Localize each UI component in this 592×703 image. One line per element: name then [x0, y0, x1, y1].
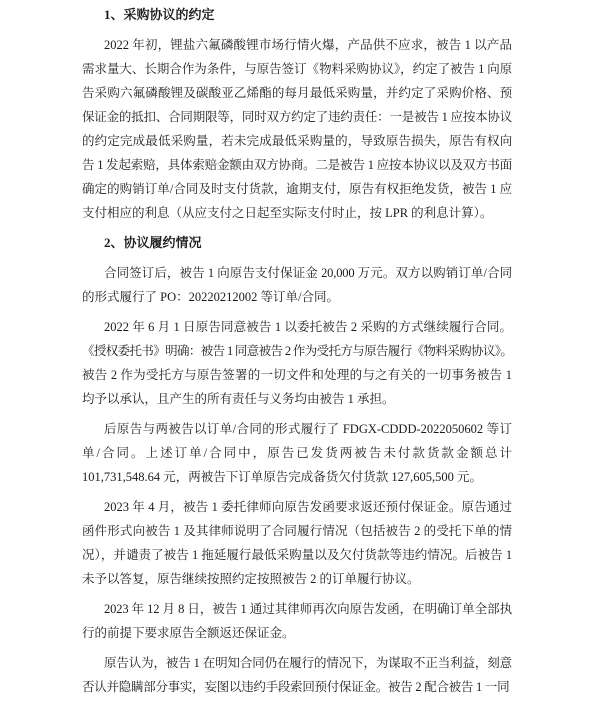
- paragraph-line: 确定的购销订单/合同及时支付货款，逾期支付，原告有权拒绝发货，被告 1 应: [82, 177, 512, 201]
- heading-text: 1、采购协议的约定: [82, 3, 512, 27]
- paragraph-line: 函件形式向被告 1 及其律师说明了合同履行情况（包括被告 2 的受托下单的情: [82, 519, 512, 543]
- paragraph-line: 均予以承认，且产生的所有责任与义务均由被告 1 承担。: [82, 387, 512, 411]
- paragraph-line: 合同签订后，被告 1 向原告支付保证金 20,000 万元。双方以购销订单/合同: [82, 261, 512, 285]
- section-heading: 2、协议履约情况: [82, 231, 512, 255]
- paragraph-line: 原告认为，被告 1 在明知合同仍在履行的情况下，为谋取不正当利益，刻意: [82, 651, 512, 675]
- paragraph-line: 2022 年 6 月 1 日原告同意被告 1 以委托被告 2 采购的方式继续履行…: [82, 315, 512, 339]
- section-heading: 1、采购协议的约定: [82, 3, 512, 27]
- paragraph-line: 行的前提下要求原告全额返还保证金。: [82, 621, 512, 645]
- paragraph-line: 被告 2 作为受托方与原告签署的一切文件和处理的与之有关的一切事务被告 1: [82, 363, 512, 387]
- paragraph-line: 101,731,548.64 元，两被告下订单原告完成备货欠付货款 127,60…: [82, 465, 512, 489]
- paragraph-line: 的约定完成最低采购量，若未完成最低采购量的，导致原告损失，原告有权向被: [82, 129, 512, 153]
- paragraph-line: 告 1 发起索赔，具体索赔金额由双方协商。二是被告 1 应按本协议以及双方书面: [82, 153, 512, 177]
- paragraph-line: 否认并隐瞒部分事实，妄图以违约手段索回预付保证金。被告 2 配合被告 1 一同: [82, 675, 512, 699]
- paragraph-line: 2023 年 4 月，被告 1 委托律师向原告发函要求返还预付保证金。原告通过: [82, 495, 512, 519]
- paragraph-line: 保证金的抵扣、合同期限等，同时双方约定了违约责任：一是被告 1 应按本协议: [82, 105, 512, 129]
- paragraph: 2022 年初，锂盐六氟磷酸锂市场行情火爆，产品供不应求，被告 1 以产品需求量…: [82, 33, 512, 225]
- paragraph: 合同签订后，被告 1 向原告支付保证金 20,000 万元。双方以购销订单/合同…: [82, 261, 512, 309]
- paragraph-line: 需求量大、长期合作为条件，与原告签订《物料采购协议》，约定了被告 1 向原: [82, 57, 512, 81]
- paragraph-line: 未予以答复，原告继续按照约定按照被告 2 的订单履行协议。: [82, 567, 512, 591]
- document-page: 1、采购协议的约定2022 年初，锂盐六氟磷酸锂市场行情火爆，产品供不应求，被告…: [0, 0, 592, 703]
- paragraph-line: 的形式履行了 PO：20220212002 等订单/合同。: [82, 285, 512, 309]
- paragraph: 2023 年 4 月，被告 1 委托律师向原告发函要求返还预付保证金。原告通过函…: [82, 495, 512, 591]
- paragraph-line: 单/合同。上述订单/合同中，原告已发货两被告未付款货款金额总计: [82, 441, 512, 465]
- heading-text: 2、协议履约情况: [82, 231, 512, 255]
- paragraph-line: 告采购六氟磷酸锂及碳酸亚乙烯酯的每月最低采购量，并约定了采购价格、预付: [82, 81, 512, 105]
- paragraph: 2023 年 12 月 8 日，被告 1 通过其律师再次向原告发函，在明确订单全…: [82, 597, 512, 645]
- paragraph-line: 后原告与两被告以订单/合同的形式履行了 FDGX-CDDD-2022050602…: [82, 417, 512, 441]
- document-body: 1、采购协议的约定2022 年初，锂盐六氟磷酸锂市场行情火爆，产品供不应求，被告…: [82, 3, 512, 703]
- paragraph: 原告认为，被告 1 在明知合同仍在履行的情况下，为谋取不正当利益，刻意否认并隐瞒…: [82, 651, 512, 699]
- paragraph-line: 况），并谴责了被告 1 拖延履行最低采购量以及欠付货款等违约情况。后被告 1: [82, 543, 512, 567]
- paragraph: 后原告与两被告以订单/合同的形式履行了 FDGX-CDDD-2022050602…: [82, 417, 512, 489]
- paragraph-line: 《授权委托书》明确：被告 1 同意被告 2 作为受托方与原告履行《物料采购协议》…: [82, 339, 512, 363]
- paragraph-line: 支付相应的利息（从应支付之日起至实际支付时止，按 LPR 的利息计算）。: [82, 201, 512, 225]
- paragraph: 2022 年 6 月 1 日原告同意被告 1 以委托被告 2 采购的方式继续履行…: [82, 315, 512, 411]
- paragraph-line: 2022 年初，锂盐六氟磷酸锂市场行情火爆，产品供不应求，被告 1 以产品: [82, 33, 512, 57]
- paragraph-line: 2023 年 12 月 8 日，被告 1 通过其律师再次向原告发函，在明确订单全…: [82, 597, 512, 621]
